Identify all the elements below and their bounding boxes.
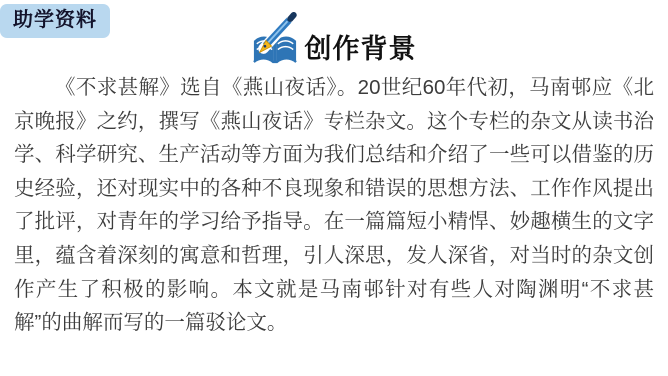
section-title: 创作背景 <box>305 36 417 66</box>
section-header: 创作背景 <box>0 8 668 66</box>
background-paragraph: 《不求甚解》选自《燕山夜话》。20世纪60年代初，马南邨应《北京晚报》之约，撰写… <box>14 71 654 340</box>
courseware-slide: 助学资料 <box>0 0 668 376</box>
book-and-pen-icon <box>252 12 298 66</box>
